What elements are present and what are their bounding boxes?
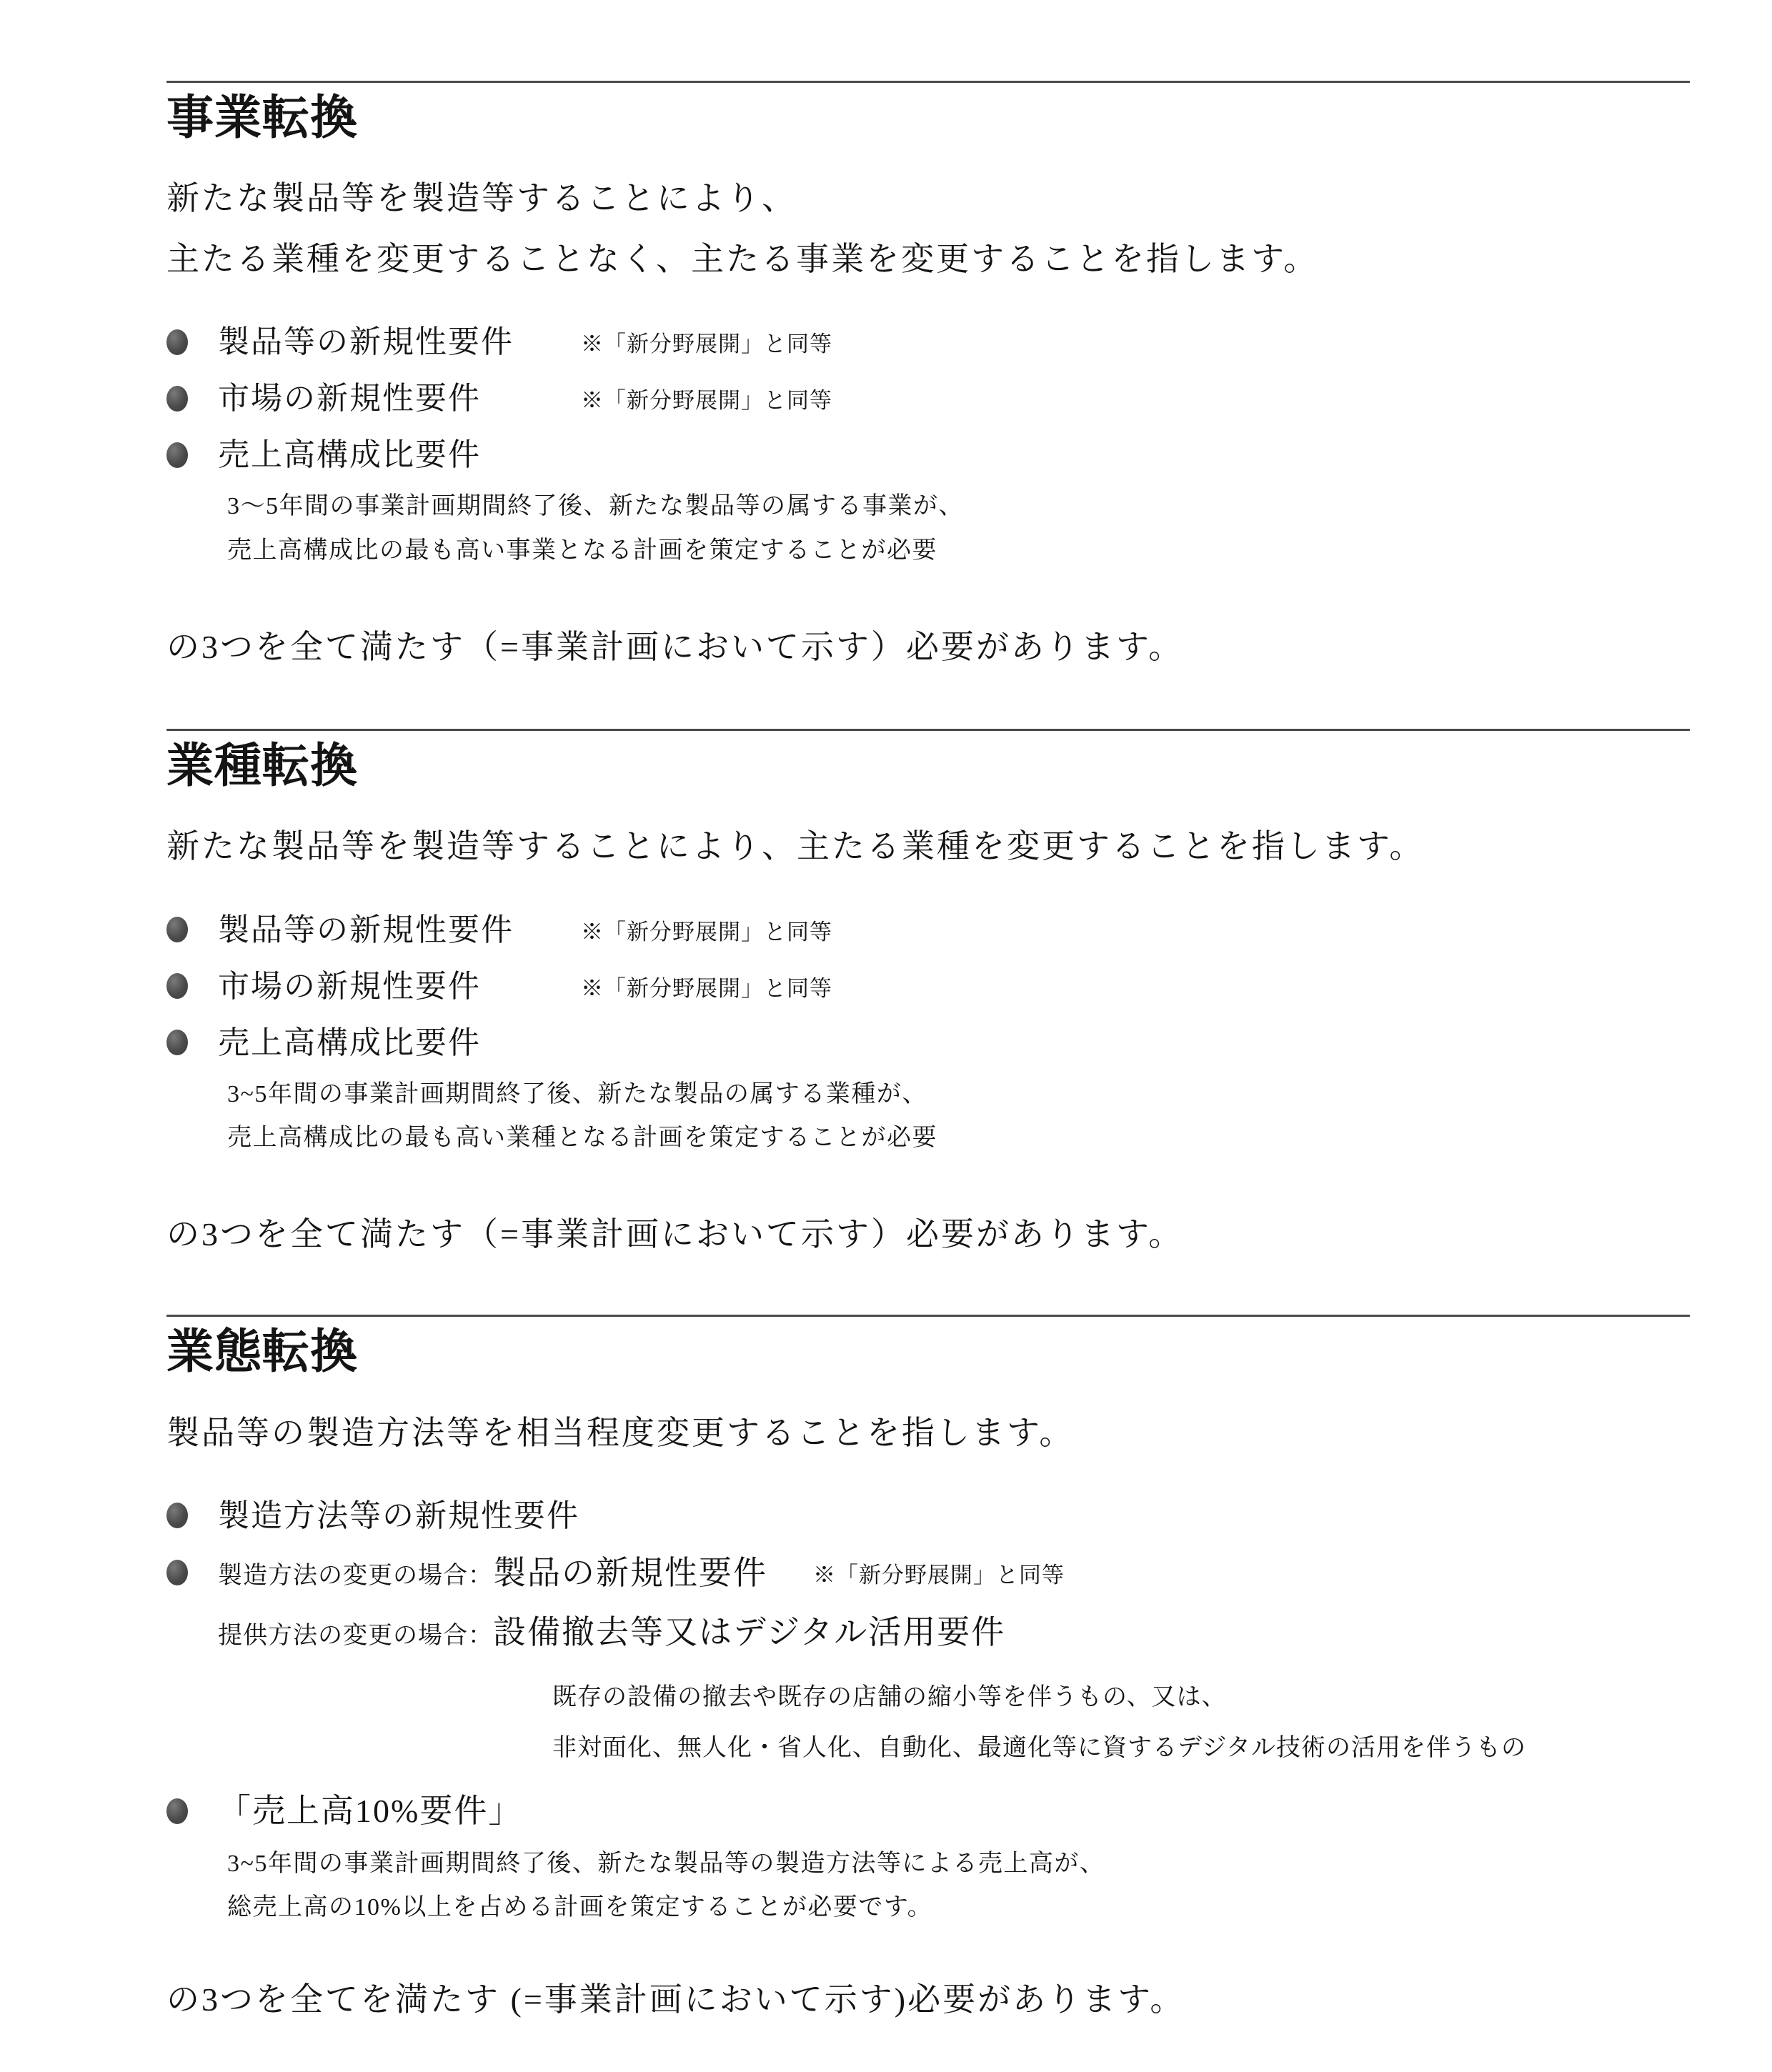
list-item: 製品等の新規性要件 ※「新分野展開」と同等	[166, 322, 1690, 362]
requirement-list: 製品等の新規性要件 ※「新分野展開」と同等 市場の新規性要件 ※「新分野展開」と…	[166, 322, 1690, 572]
requirement-label: 製造方法等の新規性要件	[218, 1496, 579, 1535]
bullet-icon	[166, 1560, 188, 1585]
document-content: 事業転換 新たな製品等を製造等することにより、 主たる業種を変更することなく、主…	[0, 81, 1772, 2021]
bullet-icon	[166, 1798, 188, 1824]
section-heading-gyoshu-tenkan: 業種転換	[166, 738, 1690, 795]
description-line: 製品等の製造方法等を相当程度変更することを指します。	[166, 1415, 1074, 1451]
requirement-note: ※「新分野展開」と同等	[581, 382, 832, 414]
section-description: 新たな製品等を製造等することにより、主たる業種を変更することを指します。	[166, 816, 1690, 877]
requirement-detail: 既存の設備の撤去や既存の店舗の縮小等を伴うもの、又は、 非対面化、無人化・省人化…	[552, 1672, 1690, 1774]
description-line: 主たる業種を変更することなく、主たる事業を変更することを指します。	[166, 241, 1318, 277]
requirement-label: 売上高構成比要件	[218, 1023, 481, 1062]
bullet-icon	[166, 386, 188, 412]
description-line: 新たな製品等を製造等することにより、	[166, 180, 797, 216]
requirement-note: ※「新分野展開」と同等	[581, 326, 832, 358]
requirement-detail: 3~5年間の事業計画期間終了後、新たな製品等の製造方法等による売上高が、 総売上…	[227, 1842, 1690, 1929]
requirement-case-label: 製造方法の変更の場合：	[218, 1555, 493, 1590]
section-description: 製品等の製造方法等を相当程度変更することを指します。	[166, 1403, 1690, 1463]
list-item: 製品等の新規性要件 ※「新分野展開」と同等	[166, 910, 1690, 950]
requirement-label: 製品等の新規性要件	[218, 910, 547, 950]
requirement-label: 売上高構成比要件	[218, 435, 481, 474]
bullet-icon	[166, 442, 188, 468]
list-item: 製造方法の変更の場合： 製品の新規性要件 ※「新分野展開」と同等	[166, 1553, 1690, 1594]
section-conclusion: の3つを全て満たす（=事業計画において示す）必要があります。	[166, 627, 1690, 668]
section-conclusion: の3つを全て満たす（=事業計画において示す）必要があります。	[166, 1214, 1690, 1255]
section-divider	[166, 81, 1690, 83]
list-item: 売上高構成比要件	[166, 435, 1690, 474]
section-description: 新たな製品等を製造等することにより、 主たる業種を変更することなく、主たる事業を…	[166, 168, 1690, 289]
bullet-icon	[166, 917, 188, 942]
bullet-icon	[166, 1030, 188, 1055]
section-divider	[166, 1315, 1690, 1317]
list-item: 市場の新規性要件 ※「新分野展開」と同等	[166, 967, 1690, 1006]
section-conclusion: の3つを全てを満たす (=事業計画において示す)必要があります。	[166, 1979, 1690, 2021]
detail-line: 3~5年間の事業計画期間終了後、新たな製品の属する業種が、	[227, 1072, 1690, 1116]
description-line: 新たな製品等を製造等することにより、主たる業種を変更することを指します。	[166, 828, 1424, 865]
list-item-continuation: 提供方法の変更の場合： 設備撤去等又はデジタル活用要件	[218, 1612, 1690, 1653]
requirement-list: 製造方法等の新規性要件 製造方法の変更の場合： 製品の新規性要件 ※「新分野展開…	[166, 1496, 1690, 1930]
requirement-case-label: 提供方法の変更の場合：	[218, 1615, 493, 1650]
detail-line: 3〜5年間の事業計画期間終了後、新たな製品等の属する事業が、	[227, 484, 1690, 528]
section-divider	[166, 729, 1690, 731]
list-item: 製造方法等の新規性要件	[166, 1496, 1690, 1535]
list-item: 市場の新規性要件 ※「新分野展開」と同等	[166, 379, 1690, 418]
list-item: 「売上高10%要件」	[166, 1790, 1690, 1832]
detail-line: 既存の設備の撤去や既存の店舗の縮小等を伴うもの、又は、	[552, 1672, 1690, 1723]
requirement-label: 市場の新規性要件	[218, 967, 547, 1006]
section-heading-jigyo-tenkan: 事業転換	[166, 90, 1690, 146]
bullet-icon	[166, 973, 188, 999]
document-page: 事業転換 新たな製品等を製造等することにより、 主たる業種を変更することなく、主…	[0, 0, 1772, 2072]
requirement-note: ※「新分野展開」と同等	[581, 914, 832, 946]
requirement-list: 製品等の新規性要件 ※「新分野展開」と同等 市場の新規性要件 ※「新分野展開」と…	[166, 910, 1690, 1160]
section-heading-gyotai-tenkan: 業態転換	[166, 1324, 1690, 1380]
detail-line: 売上高構成比の最も高い事業となる計画を策定することが必要	[227, 529, 1690, 572]
requirement-label: 設備撤去等又はデジタル活用要件	[493, 1612, 1005, 1653]
requirement-label: 市場の新規性要件	[218, 379, 547, 418]
detail-line: 3~5年間の事業計画期間終了後、新たな製品等の製造方法等による売上高が、	[227, 1842, 1690, 1886]
requirement-note: ※「新分野展開」と同等	[581, 970, 832, 1002]
detail-line: 非対面化、無人化・省人化、自動化、最適化等に資するデジタル技術の活用を伴うもの	[552, 1723, 1690, 1773]
requirement-detail: 3~5年間の事業計画期間終了後、新たな製品の属する業種が、 売上高構成比の最も高…	[227, 1072, 1690, 1160]
detail-line: 総売上高の10%以上を占める計画を策定することが必要です。	[227, 1886, 1690, 1929]
detail-line: 売上高構成比の最も高い業種となる計画を策定することが必要	[227, 1116, 1690, 1160]
requirement-note: ※「新分野展開」と同等	[813, 1557, 1065, 1589]
list-item: 売上高構成比要件	[166, 1023, 1690, 1062]
bullet-icon	[166, 329, 188, 355]
requirement-label: 製品等の新規性要件	[218, 322, 547, 362]
requirement-label: 製品の新規性要件	[493, 1553, 767, 1594]
requirement-detail: 3〜5年間の事業計画期間終了後、新たな製品等の属する事業が、 売上高構成比の最も…	[227, 484, 1690, 572]
requirement-label: 「売上高10%要件」	[218, 1790, 522, 1832]
bullet-icon	[166, 1503, 188, 1528]
